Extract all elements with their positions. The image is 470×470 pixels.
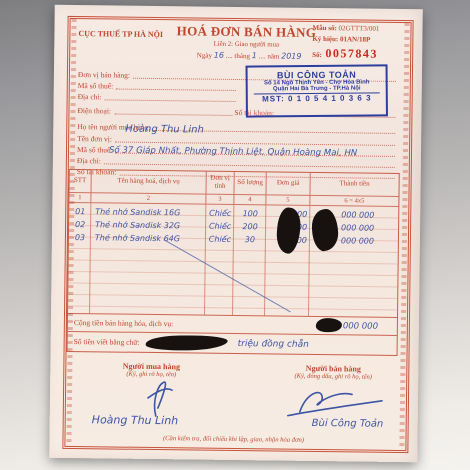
table-body: 01 Thẻ nhớ Sandisk 16G Chiếc 100 000 000… [68, 202, 398, 317]
col-header-amount: Thành tiền [310, 173, 398, 196]
seller-address-label: Địa chỉ: [78, 92, 102, 101]
year-value: 2019 [281, 52, 301, 61]
seller-signature-block: Người bán hàng (Ký, đóng dấu, ghi rõ họ,… [268, 363, 398, 381]
photo-background: CỤC THUẾ TP HÀ NỘI HOÁ ĐƠN BÁN HÀNG Liên… [0, 0, 470, 470]
redaction-mark-words [146, 334, 228, 351]
col-num-4: 4 [234, 194, 266, 204]
seller-phone-label: Điện thoại: [77, 106, 111, 115]
invoice-title: HOÁ ĐƠN BÁN HÀNG [166, 23, 326, 41]
month-value: 1 [252, 51, 257, 60]
redaction-mark-total [316, 318, 342, 332]
col-header-price: Đơn giá [266, 172, 310, 195]
buyer-signature-block: Người mua hàng (Ký, ghi rõ họ, tên) [86, 361, 216, 379]
total-label: Cộng tiền bán hàng hóa, dịch vụ: [68, 318, 173, 328]
amount-in-words-row: Số tiền viết bằng chữ: triệu đồng chẵn [68, 331, 397, 355]
buyer-unit-value: Hoàng Thu Linh [125, 124, 204, 136]
col-header-item: Tên hàng hoá, dịch vụ [91, 170, 206, 193]
col-header-stt: STT [69, 170, 91, 192]
stamp-address2: Quận Hai Bà Trưng - TP.Hà Nội [248, 85, 386, 92]
total-value: 000 000 [343, 321, 378, 331]
form-number: Mẫu số: 02GTTT3/001 [312, 23, 414, 35]
day-value: 16 [214, 51, 224, 60]
amount-words-value: triệu đồng chẵn [238, 339, 309, 350]
col-header-qty: Số lượng [234, 172, 266, 194]
col-num-3: 3 [206, 194, 234, 204]
col-num-5: 5 [266, 194, 310, 205]
buyer-tax-label: Mã số thuế: [77, 145, 113, 154]
items-table: STT Tên hàng hoá, dịch vụ Đơn vị tính Số… [67, 169, 400, 356]
amount-words-label: Số tiền viết bằng chữ: [68, 337, 140, 347]
seller-signature-scribble [286, 386, 386, 421]
year-label: năm [267, 52, 279, 60]
invoice-number: Số: 0057843 [312, 44, 414, 63]
seller-tax-label: Mã số thuế: [78, 81, 114, 90]
buyer-unit-label: Tên đơn vị: [77, 134, 112, 143]
col-header-unit: Đơn vị tính [206, 172, 234, 194]
invoice-meta: Mẫu số: 02GTTT3/001 Ký hiệu: 01AN/18P Số… [312, 23, 414, 63]
seller-address-line: Địa chỉ: [78, 91, 238, 103]
month-label: tháng [234, 52, 250, 60]
seller-unit-label: Đơn vị bán hàng: [78, 70, 130, 80]
buyer-signed-name: Hoàng Thu Linh [92, 413, 179, 427]
invoice-paper: CỤC THUẾ TP HÀ NỘI HOÁ ĐƠN BÁN HÀNG Liên… [49, 5, 423, 462]
seller-signed-name: Bùi Công Toản [312, 418, 384, 430]
day-label: Ngày [197, 52, 212, 60]
seller-tax-line: Mã số thuế: [78, 80, 238, 92]
col-num-1: 1 [69, 192, 91, 202]
stamp-mst: MST: 0 1 0 5 4 1 0 3 6 3 [254, 92, 380, 103]
buyer-address-label: Địa chỉ: [77, 156, 101, 165]
seller-stamp: BÙI CÔNG TOẢN Số 14 Ngõ Thịnh Yên - Chợ … [246, 64, 388, 117]
